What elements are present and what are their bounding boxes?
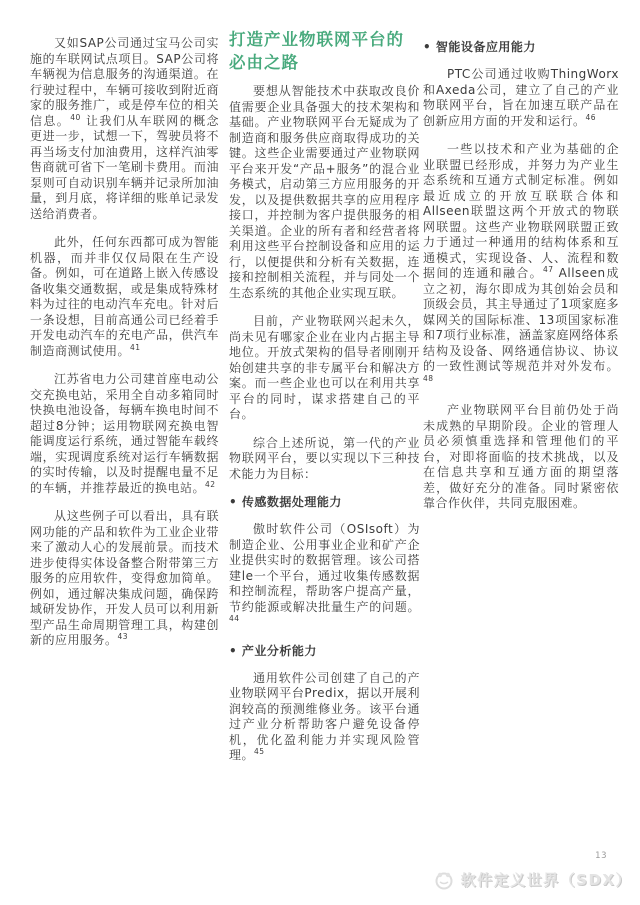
paragraph: 傲时软件公司（OSIsoft）为制造企业、公用事业企业和矿产企业提供实时的数据管…	[229, 522, 420, 631]
paragraph-text: Allseen成立之初，海尔即成为其创始会员和顶级会员，其主导通过了1项家庭多媒…	[423, 266, 619, 373]
footnote-ref: 44	[229, 614, 240, 623]
sdx-logo-icon	[434, 870, 454, 890]
paragraph: 产业物联网平台目前仍处于尚未成熟的早期阶段。企业的管理人员必须慎重选择和管理他们…	[423, 403, 619, 512]
footer-watermark: 软件定义世界（SDX）	[434, 869, 632, 890]
text-column-left: 又如SAP公司通过宝马公司实施的车联网试点项目。SAP公司将车辆视为信息服务的沟…	[30, 36, 219, 662]
section-bullet-heading: • 智能设备应用能力	[423, 40, 619, 55]
text-column-right: • 智能设备应用能力PTC公司通过收购ThingWorx和Axeda公司，建立了…	[423, 36, 619, 525]
paragraph: 目前，产业物联网兴起未久，尚未见有哪家企业在业内占据主导地位。开放式架构的倡导者…	[229, 314, 420, 423]
footnote-ref: 48	[423, 374, 434, 383]
document-page: 又如SAP公司通过宝马公司实施的车联网试点项目。SAP公司将车辆视为信息服务的沟…	[0, 0, 640, 905]
paragraph: 从这些例子可以看出，具有联网功能的产品和软件为工业企业带来了激动人心的发展前景。…	[30, 509, 219, 649]
section-bullet-heading: • 传感数据处理能力	[229, 495, 420, 510]
footnote-ref: 47	[543, 265, 554, 274]
watermark-text: 软件定义世界（SDX）	[461, 869, 632, 890]
paragraph-text: 让我们从车联网的概念更进一步，试想一下，驾驶员将不再当场支付加油费用，这样汽油零…	[30, 114, 219, 221]
paragraph: 要想从智能技术中获取改良价值需要企业具备强大的技术架构和基础。产业物联网平台无疑…	[229, 84, 420, 301]
paragraph-text: 此外，任何东西都可成为智能机器，而并非仅仅局限在生产设备。例如，可在道路上嵌入传…	[30, 235, 219, 358]
footnote-ref: 43	[118, 632, 129, 641]
section-bullet-heading: • 产业分析能力	[229, 644, 420, 659]
paragraph-text: 目前，产业物联网兴起未久，尚未见有哪家企业在业内占据主导地位。开放式架构的倡导者…	[229, 314, 420, 421]
paragraph: 又如SAP公司通过宝马公司实施的车联网试点项目。SAP公司将车辆视为信息服务的沟…	[30, 36, 219, 222]
paragraph-text: 综合上述所说，第一代的产业物联网平台，要以实现以下三种技术能力为目标：	[229, 436, 420, 481]
footnote-ref: 46	[586, 113, 597, 122]
paragraph-text: 一些以技术和产业为基础的企业联盟已经形成，并努力为产业生态系统和互通方式制定标准…	[423, 142, 619, 280]
footnote-ref: 40	[70, 113, 81, 122]
footnote-ref: 45	[254, 747, 265, 756]
page-number: 13	[595, 851, 607, 861]
footnote-ref: 41	[130, 343, 141, 352]
paragraph: 综合上述所说，第一代的产业物联网平台，要以实现以下三种技术能力为目标：	[229, 436, 420, 483]
paragraph-text: 从这些例子可以看出，具有联网功能的产品和软件为工业企业带来了激动人心的发展前景。…	[30, 509, 219, 647]
paragraph: PTC公司通过收购ThingWorx和Axeda公司，建立了自己的产业物联网平台…	[423, 67, 619, 129]
paragraph-text: 产业物联网平台目前仍处于尚未成熟的早期阶段。企业的管理人员必须慎重选择和管理他们…	[423, 403, 619, 510]
paragraph-text: 江苏省电力公司建首座电动公交充换电站，采用全自动多箱同时快换电池设备，每辆车换电…	[30, 372, 219, 495]
paragraph: 江苏省电力公司建首座电动公交充换电站，采用全自动多箱同时快换电池设备，每辆车换电…	[30, 372, 219, 496]
paragraph-text: 要想从智能技术中获取改良价值需要企业具备强大的技术架构和基础。产业物联网平台无疑…	[229, 84, 420, 300]
paragraph: 此外，任何东西都可成为智能机器，而并非仅仅局限在生产设备。例如，可在道路上嵌入传…	[30, 235, 219, 359]
paragraph: 一些以技术和产业为基础的企业联盟已经形成，并努力为产业生态系统和互通方式制定标准…	[423, 142, 619, 390]
paragraph: 通用软件公司创建了自己的产业物联网平台Predix，据以开展利润较高的预测维修业…	[229, 671, 420, 764]
paragraph-text: 傲时软件公司（OSIsoft）为制造企业、公用事业企业和矿产企业提供实时的数据管…	[229, 522, 420, 614]
text-column-middle: 打造产业物联网平台的必由之路要想从智能技术中获取改良价值需要企业具备强大的技术架…	[229, 28, 420, 777]
article-heading: 打造产业物联网平台的必由之路	[229, 28, 420, 74]
footnote-ref: 42	[205, 480, 216, 489]
